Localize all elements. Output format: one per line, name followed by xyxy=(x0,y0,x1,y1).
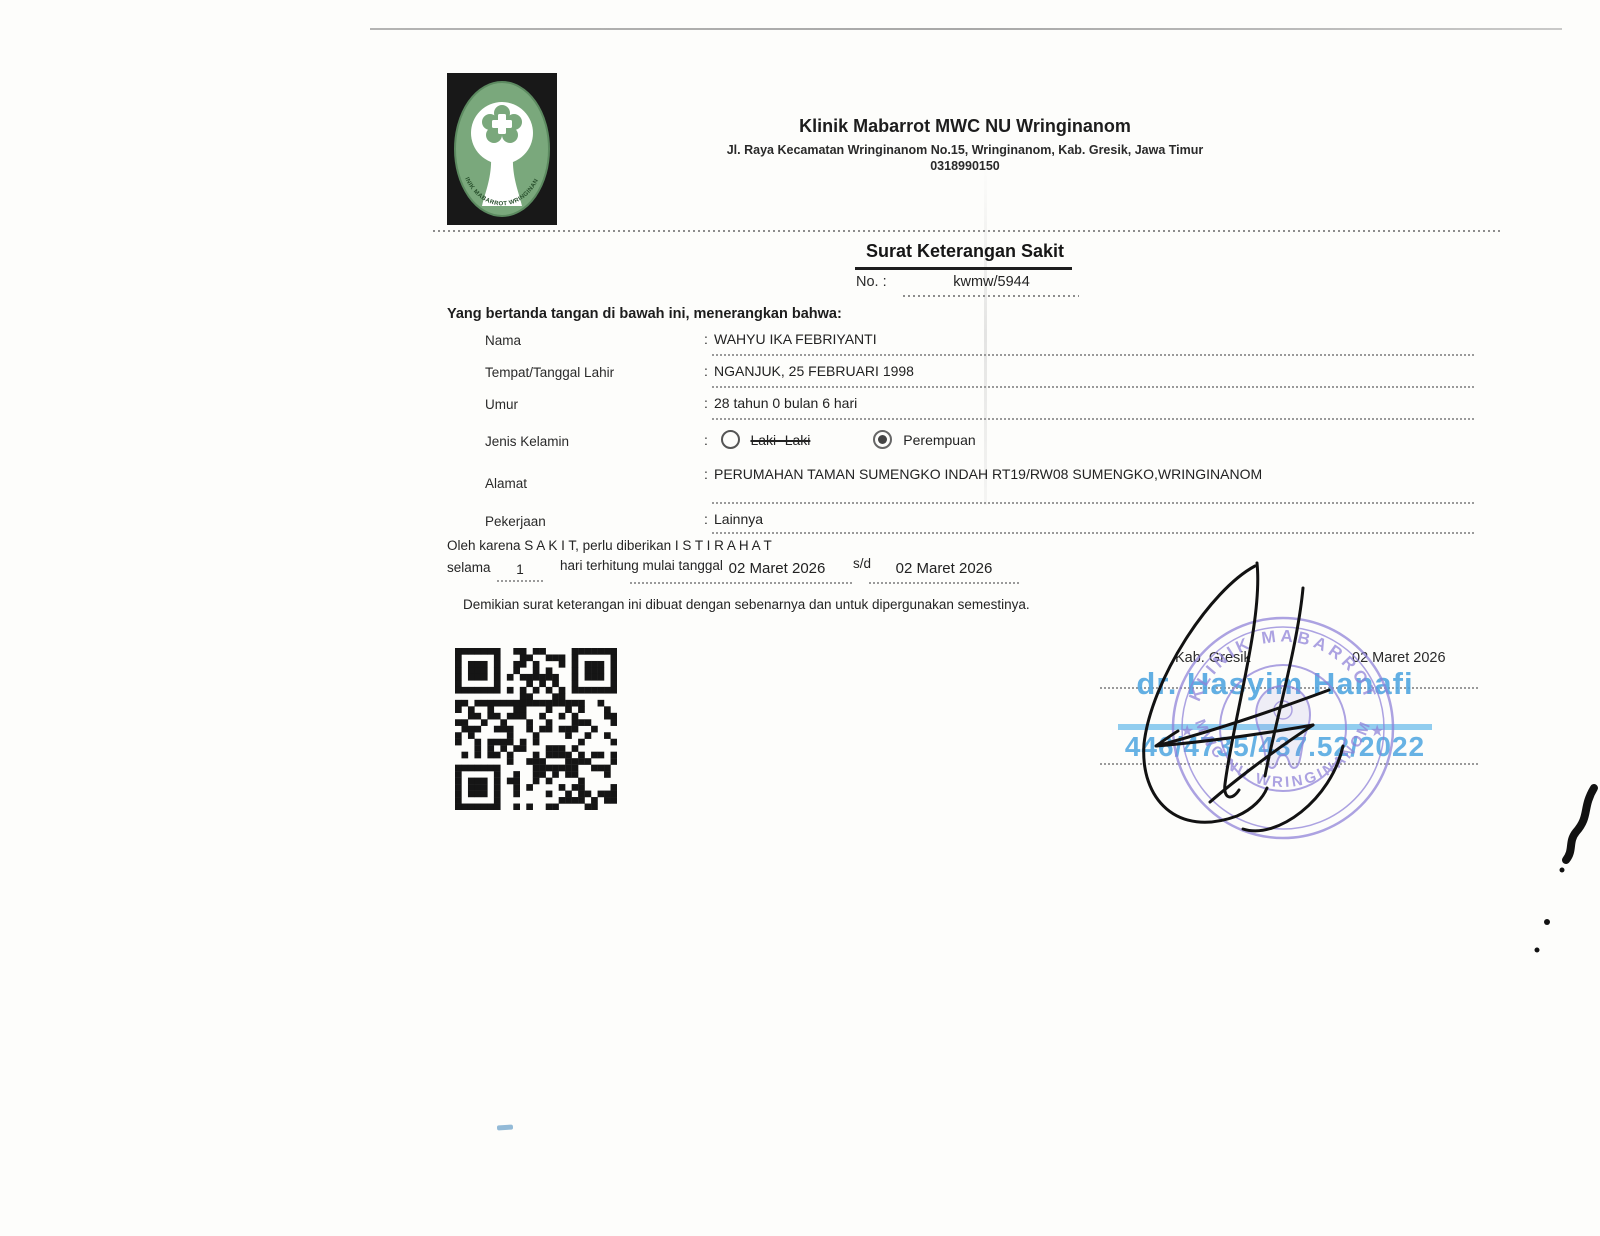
end-date-value: 02 Maret 2026 xyxy=(844,560,1044,577)
paper-fold-line xyxy=(984,165,987,505)
field-value-umur: 28 tahun 0 bulan 6 hari xyxy=(714,395,857,411)
doc-number-label: No. : xyxy=(856,274,887,290)
field-value-ttl: NGANJUK, 25 FEBRUARI 1998 xyxy=(714,363,914,379)
clinic-name: Klinik Mabarrot MWC NU Wringinanom xyxy=(615,116,1315,137)
title-underline xyxy=(855,267,1072,270)
closing-statement: Demikian surat keterangan ini dibuat den… xyxy=(463,597,1030,612)
selama-label: selama xyxy=(447,560,491,575)
colon: : xyxy=(704,331,708,347)
field-label-ttl: Tempat/Tanggal Lahir xyxy=(485,365,614,380)
colon: : xyxy=(704,466,708,482)
gender-male-label: Laki- Laki xyxy=(750,432,810,448)
field-label-jenis-kelamin: Jenis Kelamin xyxy=(485,434,569,449)
sick-statement-line1: Oleh karena S A K I T, perlu diberikan I… xyxy=(447,538,772,553)
doc-number-value: kwmw/5944 xyxy=(905,274,1078,290)
field-line xyxy=(712,418,1475,420)
field-value-nama: WAHYU IKA FEBRIYANTI xyxy=(714,331,877,347)
field-label-nama: Nama xyxy=(485,333,521,348)
ink-blot-artifact xyxy=(1520,770,1600,965)
days-line xyxy=(497,580,543,582)
qr-code xyxy=(455,648,617,810)
blue-smudge-artifact xyxy=(497,1124,513,1130)
doc-number-line xyxy=(903,295,1079,297)
field-line xyxy=(712,502,1475,504)
clinic-address: Jl. Raya Kecamatan Wringinanom No.15, Wr… xyxy=(615,143,1315,157)
signature xyxy=(1115,548,1385,848)
colon: : xyxy=(704,363,708,379)
end-date-line xyxy=(869,582,1021,584)
field-label-alamat: Alamat xyxy=(485,476,527,491)
field-value-pekerjaan: Lainnya xyxy=(714,511,763,527)
clinic-phone: 0318990150 xyxy=(615,159,1315,173)
radio-male-unselected xyxy=(721,430,740,449)
gender-options: Laki- Laki Perempuan xyxy=(721,430,976,449)
radio-female-selected xyxy=(873,430,892,449)
clinic-header: Klinik Mabarrot MWC NU Wringinanom Jl. R… xyxy=(615,116,1315,173)
clinic-logo: KLINIK MABARROT WRINGINANOM xyxy=(447,73,557,225)
field-value-alamat: PERUMAHAN TAMAN SUMENGKO INDAH RT19/RW08… xyxy=(714,466,1262,482)
field-line xyxy=(712,354,1475,356)
document-title: Surat Keterangan Sakit xyxy=(790,241,1140,262)
intro-statement: Yang bertanda tangan di bawah ini, mener… xyxy=(447,306,842,322)
scan-top-line xyxy=(370,28,1562,30)
colon: : xyxy=(704,511,708,527)
field-label-pekerjaan: Pekerjaan xyxy=(485,514,546,529)
days-value: 1 xyxy=(497,562,543,577)
field-label-umur: Umur xyxy=(485,397,518,412)
field-line xyxy=(712,532,1475,534)
field-line xyxy=(712,386,1475,388)
colon: : xyxy=(704,432,708,448)
gender-female-label: Perempuan xyxy=(903,432,975,448)
start-date-line xyxy=(630,582,852,584)
colon: : xyxy=(704,395,708,411)
header-separator xyxy=(433,230,1503,232)
